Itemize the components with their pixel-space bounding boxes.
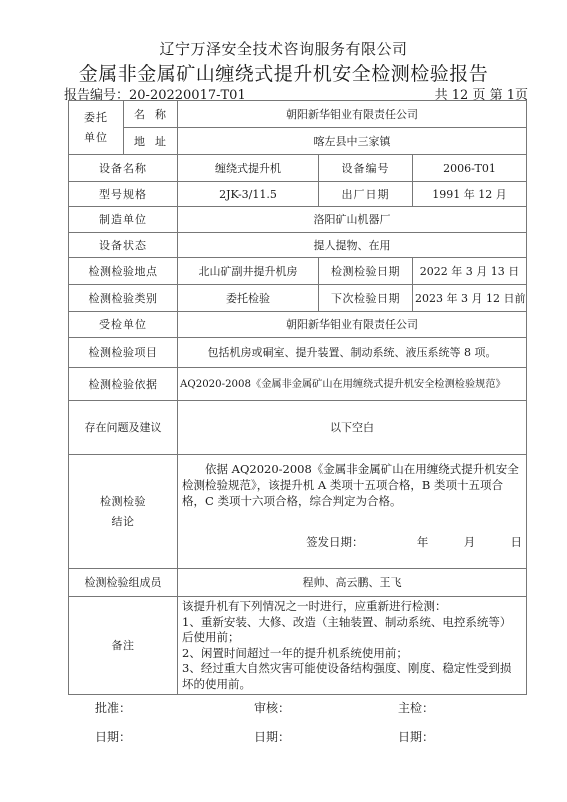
inspection-items-label: 检测检验项目 [69, 338, 178, 368]
client-name-label: 名 称 [124, 101, 178, 128]
team-label: 检测检验组成员 [69, 569, 178, 597]
inspection-date-label: 检测检验日期 [319, 258, 413, 285]
client-name-value: 朝阳新华钼业有限责任公司 [178, 101, 527, 128]
approve-date-label: 日期： [95, 728, 131, 745]
sign-month: 月 [464, 535, 476, 550]
inspection-basis-label: 检测检验依据 [69, 368, 178, 401]
conclusion-text: 依据 AQ2020-2008《金属非金属矿山在用缠绕式提升机安全检测检验规范》，… [182, 461, 522, 509]
client-group-label-line1: 委托 [73, 108, 119, 128]
issues-row: 存在问题及建议 以下空白 [69, 401, 527, 455]
issues-value: 以下空白 [178, 401, 527, 455]
company-name: 辽宁万泽安全技术咨询服务有限公司 [0, 38, 567, 59]
equipment-model-value: 2JK-3/11.5 [178, 182, 319, 207]
client-name-row: 委托 单位 名 称 朝阳新华钼业有限责任公司 [69, 101, 527, 128]
remarks-line: 该提升机有下列情况之一时进行，应重新进行检测： [182, 599, 522, 615]
conclusion-label-line2: 结论 [73, 512, 173, 532]
manufacture-date-value: 1991 年 12 月 [413, 182, 527, 207]
client-address-row: 地 址 喀左县中三家镇 [69, 128, 527, 155]
client-group-label: 委托 单位 [69, 101, 124, 155]
inspection-type-value: 委托检验 [178, 285, 319, 312]
review-date-label: 日期： [254, 728, 290, 745]
equipment-number-label: 设备编号 [319, 155, 413, 182]
equipment-name-value: 缠绕式提升机 [178, 155, 319, 182]
client-address-label: 地 址 [124, 128, 178, 155]
inspection-items-value: 包括机房或硐室、提升装置、制动系统、液压系统等 8 项。 [178, 338, 527, 368]
manufacturer-value: 洛阳矿山机器厂 [178, 207, 527, 233]
inspection-place-label: 检测检验地点 [69, 258, 178, 285]
chief-date-label: 日期： [398, 728, 434, 745]
remarks-row: 备注 该提升机有下列情况之一时进行，应重新进行检测： 1、重新安装、大修、改造（… [69, 597, 527, 695]
equipment-status-row: 设备状态 提人提物、在用 [69, 233, 527, 258]
inspection-place-row: 检测检验地点 北山矿副井提升机房 检测检验日期 2022 年 3 月 13 日 [69, 258, 527, 285]
report-table: 委托 单位 名 称 朝阳新华钼业有限责任公司 地 址 喀左县中三家镇 设备名称 … [68, 100, 527, 695]
inspected-unit-row: 受检单位 朝阳新华钼业有限责任公司 [69, 312, 527, 338]
equipment-number-value: 2006-T01 [413, 155, 527, 182]
remarks-label: 备注 [69, 597, 178, 695]
conclusion-row: 检测检验 结论 依据 AQ2020-2008《金属非金属矿山在用缠绕式提升机安全… [69, 455, 527, 569]
sign-day: 日 [511, 535, 523, 550]
manufacture-date-label: 出厂日期 [319, 182, 413, 207]
sign-year: 年 [417, 535, 429, 550]
review-label: 审核： [254, 699, 290, 716]
sign-date: 签发日期： 年 月 日 [182, 535, 522, 550]
inspection-items-row: 检测检验项目 包括机房或硐室、提升装置、制动系统、液压系统等 8 项。 [69, 338, 527, 368]
inspected-unit-value: 朝阳新华钼业有限责任公司 [178, 312, 527, 338]
inspection-basis-row: 检测检验依据 AQ2020-2008《金属非金属矿山在用缠绕式提升机安全检测检验… [69, 368, 527, 401]
team-value: 程帅、高云鹏、王飞 [178, 569, 527, 597]
remarks-line: 1、重新安装、大修、改造（主轴装置、制动系统、电控系统等）后使用前； [182, 615, 522, 646]
issues-label: 存在问题及建议 [69, 401, 178, 455]
remarks-line: 3、经过重大自然灾害可能使设备结构强度、刚度、稳定性受到损坏的使用前。 [182, 661, 522, 692]
manufacturer-label: 制造单位 [69, 207, 178, 233]
inspected-unit-label: 受检单位 [69, 312, 178, 338]
inspection-place-value: 北山矿副井提升机房 [178, 258, 319, 285]
equipment-model-label: 型号规格 [69, 182, 178, 207]
conclusion-label: 检测检验 结论 [69, 455, 178, 569]
next-inspection-label: 下次检验日期 [319, 285, 413, 312]
equipment-name-label: 设备名称 [69, 155, 178, 182]
report-title: 金属非金属矿山缠绕式提升机安全检测检验报告 [0, 59, 567, 86]
equipment-status-label: 设备状态 [69, 233, 178, 258]
remarks-cell: 该提升机有下列情况之一时进行，应重新进行检测： 1、重新安装、大修、改造（主轴装… [178, 597, 527, 695]
chief-inspector-label: 主检： [398, 699, 434, 716]
approve-label: 批准： [95, 699, 131, 716]
manufacturer-row: 制造单位 洛阳矿山机器厂 [69, 207, 527, 233]
conclusion-cell: 依据 AQ2020-2008《金属非金属矿山在用缠绕式提升机安全检测检验规范》，… [178, 455, 527, 569]
client-address-value: 喀左县中三家镇 [178, 128, 527, 155]
sign-date-label: 签发日期： [306, 535, 364, 550]
inspection-basis-value: AQ2020-2008《金属非金属矿山在用缠绕式提升机安全检测检验规范》 [178, 368, 527, 401]
conclusion-label-line1: 检测检验 [73, 492, 173, 512]
remarks-line: 2、闲置时间超过一年的提升机系统使用前； [182, 646, 522, 662]
inspection-type-row: 检测检验类别 委托检验 下次检验日期 2023 年 3 月 12 日前 [69, 285, 527, 312]
team-row: 检测检验组成员 程帅、高云鹏、王飞 [69, 569, 527, 597]
next-inspection-value: 2023 年 3 月 12 日前 [413, 285, 527, 312]
equipment-status-value: 提人提物、在用 [178, 233, 527, 258]
client-group-label-line2: 单位 [73, 128, 119, 148]
equipment-name-row: 设备名称 缠绕式提升机 设备编号 2006-T01 [69, 155, 527, 182]
equipment-model-row: 型号规格 2JK-3/11.5 出厂日期 1991 年 12 月 [69, 182, 527, 207]
inspection-type-label: 检测检验类别 [69, 285, 178, 312]
inspection-date-value: 2022 年 3 月 13 日 [413, 258, 527, 285]
